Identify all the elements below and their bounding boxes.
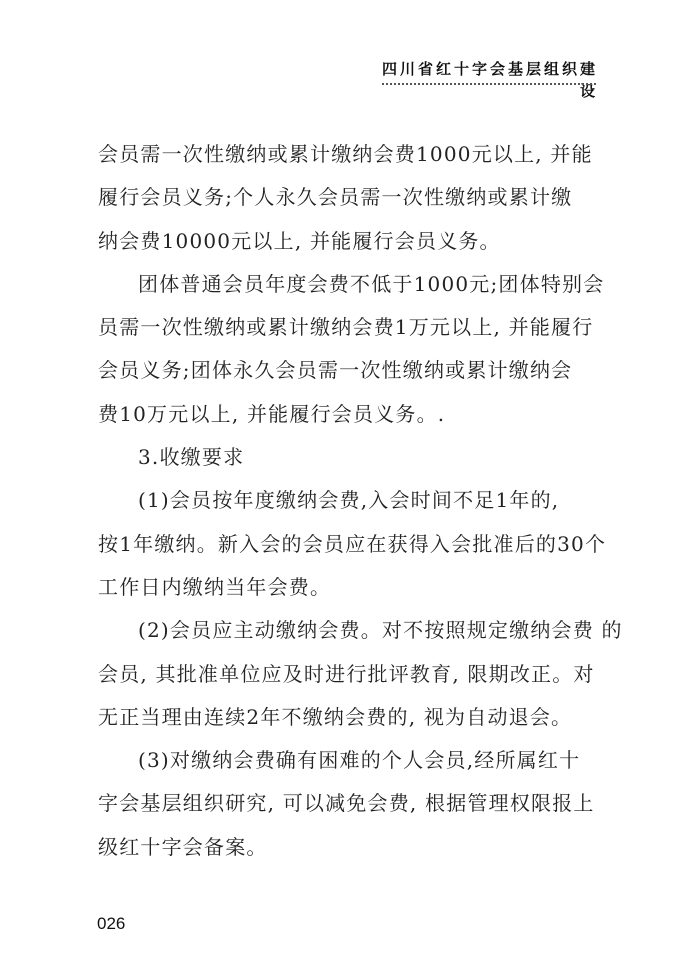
text-line: 会员需一次性缴纳或累计缴纳会费1000元以上, 并能	[98, 133, 594, 176]
text-line: 履行会员义务;个人永久会员需一次性缴纳或累计缴	[98, 176, 594, 219]
text-line: 按1年缴纳。新入会的会员应在获得入会批准后的30个	[98, 523, 594, 566]
text-line: 纳会费10000元以上, 并能履行会员义务。	[98, 220, 594, 263]
page-number: 026	[97, 914, 125, 934]
text-line: 会员, 其批准单位应及时进行批评教育, 限期改正。对	[98, 653, 594, 696]
section-heading: 3.收缴要求	[98, 436, 594, 479]
paragraph-start-line: (2)会员应主动缴纳会费。对不按照规定缴纳会费 的	[98, 609, 594, 652]
running-header-title: 四川省红十字会基层组织建设	[370, 58, 598, 102]
body-text: 会员需一次性缴纳或累计缴纳会费1000元以上, 并能 履行会员义务;个人永久会员…	[98, 133, 594, 869]
text-line: 员需一次性缴纳或累计缴纳会费1万元以上, 并能履行	[98, 306, 594, 349]
paragraph-start-line: 团体普通会员年度会费不低于1000元;团体特别会	[98, 263, 594, 306]
text-line: 字会基层组织研究, 可以减免会费, 根据管理权限报上	[98, 782, 594, 825]
text-line: 会员义务;团体永久会员需一次性缴纳或累计缴纳会	[98, 349, 594, 392]
text-line: 费10万元以上, 并能履行会员义务。.	[98, 393, 594, 436]
paragraph-start-line: (1)会员按年度缴纳会费,入会时间不足1年的,	[98, 479, 594, 522]
header-dotted-rule	[382, 83, 596, 85]
paragraph-start-line: (3)对缴纳会费确有困难的个人会员,经所属红十	[98, 739, 594, 782]
text-line: 级红十字会备案。	[98, 826, 594, 869]
text-line: 无正当理由连续2年不缴纳会费的, 视为自动退会。	[98, 696, 594, 739]
text-line: 工作日内缴纳当年会费。	[98, 566, 594, 609]
